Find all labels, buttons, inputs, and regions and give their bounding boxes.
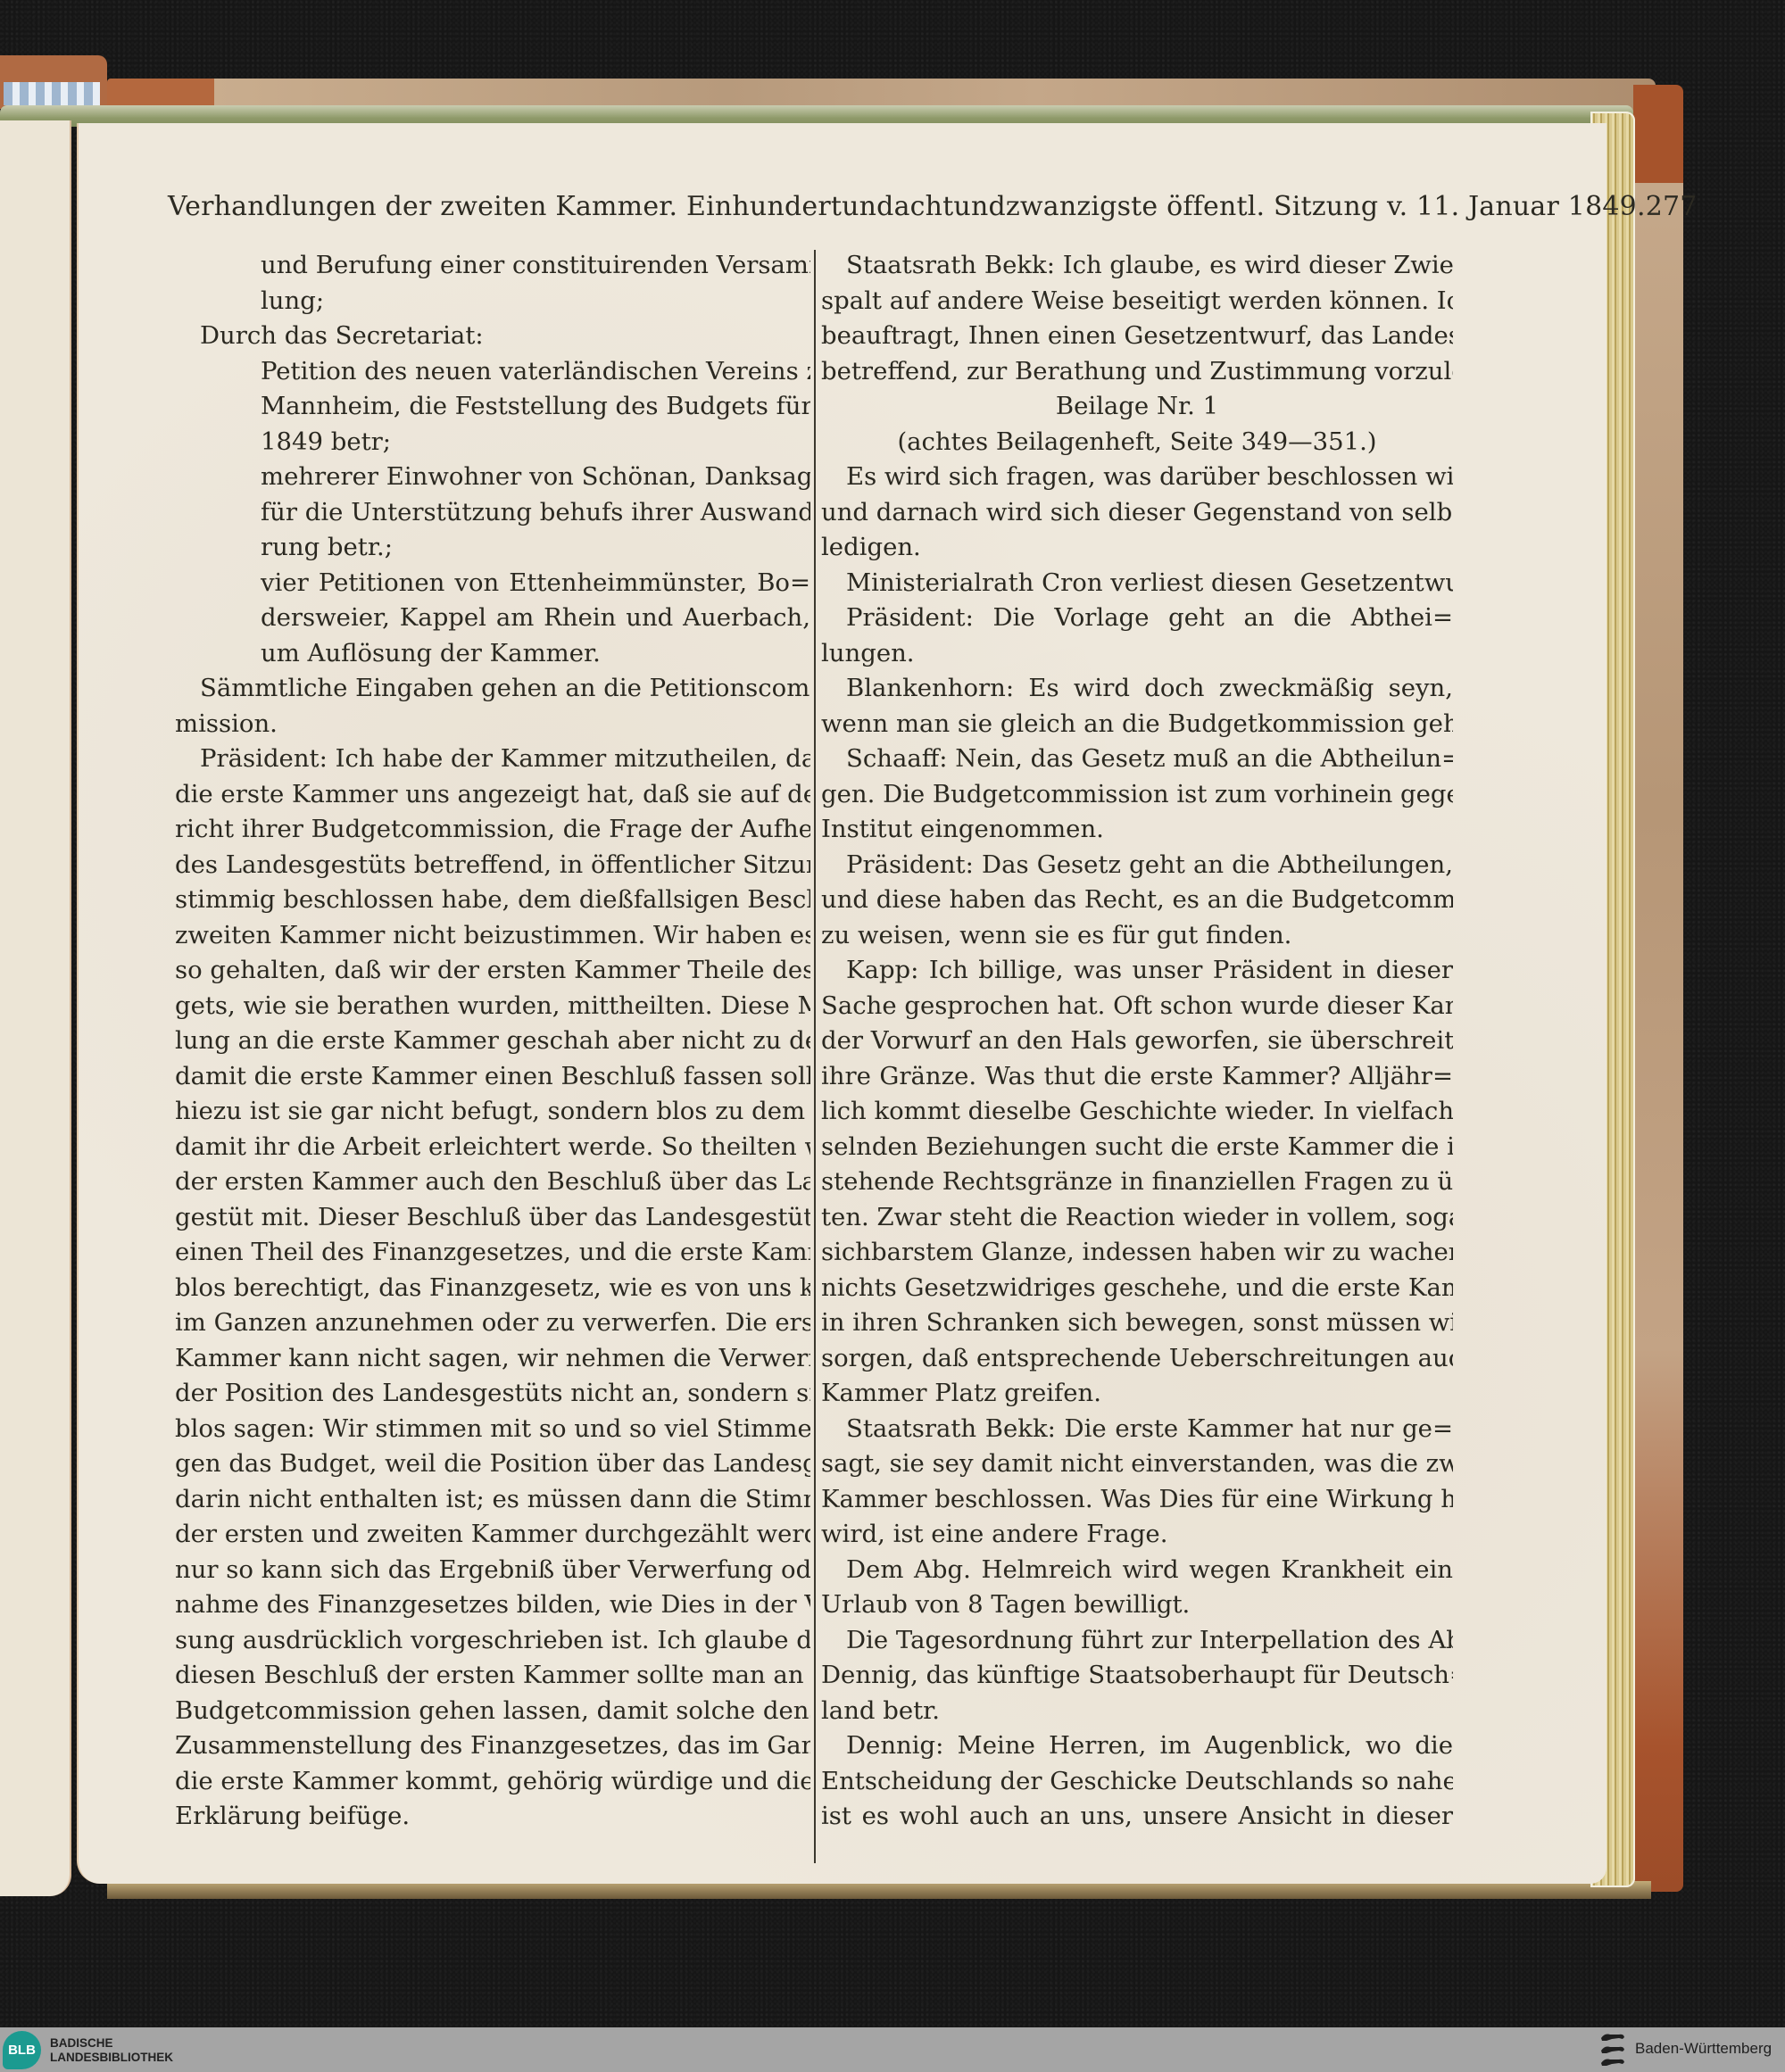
text-line: für die Unterstützung behufs ihrer Auswa… — [175, 495, 810, 531]
text-line: lich kommt dieselbe Geschichte wieder. I… — [821, 1094, 1453, 1130]
text-line: Dem Abg. Helmreich wird wegen Krankheit … — [821, 1553, 1453, 1588]
text-line: Blankenhorn: Es wird doch zweckmäßig sey… — [821, 671, 1453, 707]
text-line: sagt, sie sey damit nicht einverstanden,… — [821, 1446, 1453, 1482]
text-line: die erste Kammer uns angezeigt hat, daß … — [175, 777, 810, 813]
text-line: ledigen. — [821, 530, 1453, 566]
facing-page-edge — [0, 120, 71, 1896]
library-name: BADISCHE LANDESBIBLIOTHEK — [50, 2036, 173, 2065]
text-line: gen das Budget, weil die Position über d… — [175, 1446, 810, 1482]
text-line: damit ihr die Arbeit erleichtert werde. … — [175, 1130, 810, 1165]
text-line: sorgen, daß entsprechende Ueberschreitun… — [821, 1341, 1453, 1377]
text-line: Budgetcommission gehen lassen, damit sol… — [175, 1694, 810, 1729]
bookmark-ribbon — [4, 82, 100, 105]
text-line: Schaaff: Nein, das Gesetz muß an die Abt… — [821, 742, 1453, 777]
text-line: Dennig, das künftige Staatsoberhaupt für… — [821, 1658, 1453, 1694]
text-line: im Ganzen anzunehmen oder zu verwerfen. … — [175, 1305, 810, 1341]
text-line: stimmig beschlossen habe, dem dießfallsi… — [175, 883, 810, 918]
running-head: Verhandlungen der zweiten Kammer. Einhun… — [168, 191, 1453, 222]
text-line: lungen. — [821, 636, 1453, 672]
text-line: der Position des Landesgestüts nicht an,… — [175, 1376, 810, 1412]
text-line: Sämmtliche Eingaben gehen an die Petitio… — [175, 671, 810, 707]
text-line: gets, wie sie berathen wurden, mittheilt… — [175, 989, 810, 1024]
library-name-line1: BADISCHE — [50, 2036, 173, 2051]
text-line: Staatsrath Bekk: Ich glaube, es wird die… — [821, 248, 1453, 284]
text-column-right: Staatsrath Bekk: Ich glaube, es wird die… — [821, 248, 1453, 1835]
text-line: hiezu ist sie gar nicht befugt, sondern … — [175, 1094, 810, 1130]
text-line: diesen Beschluß der ersten Kammer sollte… — [175, 1658, 810, 1694]
text-line: nur so kann sich das Ergebniß über Verwe… — [175, 1553, 810, 1588]
text-line: Präsident: Ich habe der Kammer mitzuthei… — [175, 742, 810, 777]
text-line: Petition des neuen vaterländischen Verei… — [175, 354, 810, 390]
blb-logo-icon[interactable]: BLB — [3, 2031, 41, 2069]
text-line: Mannheim, die Feststellung des Budgets f… — [175, 389, 810, 425]
text-line: gen. Die Budgetcommission ist zum vorhin… — [821, 777, 1453, 813]
library-name-line2: LANDESBIBLIOTHEK — [50, 2051, 173, 2065]
text-line: des Landesgestüts betreffend, in öffentl… — [175, 848, 810, 883]
footer-bar: BLB BADISCHE LANDESBIBLIOTHEK Baden-Würt… — [0, 2027, 1785, 2072]
text-line: sichbarstem Glanze, indessen haben wir z… — [821, 1235, 1453, 1271]
text-line: Kammer beschlossen. Was Dies für eine Wi… — [821, 1482, 1453, 1518]
text-line: wird, ist eine andere Frage. — [821, 1517, 1453, 1553]
text-line: blos sagen: Wir stimmen mit so und so vi… — [175, 1412, 810, 1447]
text-line: so gehalten, daß wir der ersten Kammer T… — [175, 953, 810, 989]
text-line: um Auflösung der Kammer. — [175, 636, 810, 672]
page-number: 277 — [1646, 191, 1698, 222]
text-line: land betr. — [821, 1694, 1453, 1729]
text-line: und darnach wird sich dieser Gegenstand … — [821, 495, 1453, 531]
text-line: dersweier, Kappel am Rhein und Auerbach, — [175, 601, 810, 636]
text-line: Dennig: Meine Herren, im Augenblick, wo … — [821, 1728, 1453, 1764]
text-line: Es wird sich fragen, was darüber beschlo… — [821, 460, 1453, 495]
text-line: ten. Zwar steht die Reaction wieder in v… — [821, 1200, 1453, 1236]
text-line: damit die erste Kammer einen Beschluß fa… — [175, 1059, 810, 1095]
text-line: wenn man sie gleich an die Budgetkommiss… — [821, 707, 1453, 742]
text-line: zu weisen, wenn sie es für gut finden. — [821, 918, 1453, 954]
text-line: einen Theil des Finanzgesetzes, und die … — [175, 1235, 810, 1271]
text-line: ihre Gränze. Was thut die erste Kammer? … — [821, 1059, 1453, 1095]
text-line: Entscheidung der Geschicke Deutschlands … — [821, 1764, 1453, 1800]
text-line: mehrerer Einwohner von Schönan, Danksagu… — [175, 460, 810, 495]
text-line: selnden Beziehungen sucht die erste Kamm… — [821, 1130, 1453, 1165]
text-line: sung ausdrücklich vorgeschrieben ist. Ic… — [175, 1623, 810, 1659]
text-line: zweiten Kammer nicht beizustimmen. Wir h… — [175, 918, 810, 954]
book-cover-right-edge — [1633, 85, 1683, 1892]
text-line: in ihren Schranken sich bewegen, sonst m… — [821, 1305, 1453, 1341]
text-line: der ersten und zweiten Kammer durchgezäh… — [175, 1517, 810, 1553]
page-block-bottom-edge — [107, 1881, 1651, 1899]
text-line: ist es wohl auch an uns, unsere Ansicht … — [821, 1799, 1453, 1835]
text-line: beauftragt, Ihnen einen Gesetzentwurf, d… — [821, 319, 1453, 354]
text-line: Urlaub von 8 Tagen bewilligt. — [821, 1587, 1453, 1623]
text-line: Kammer kann nicht sagen, wir nehmen die … — [175, 1341, 810, 1377]
text-line: Beilage Nr. 1 — [821, 389, 1453, 425]
text-line: Durch das Secretariat: — [175, 319, 810, 354]
text-line: der Vorwurf an den Hals geworfen, sie üb… — [821, 1024, 1453, 1059]
state-name: Baden-Württemberg — [1635, 2040, 1772, 2058]
text-line: Präsident: Das Gesetz geht an die Abthei… — [821, 848, 1453, 883]
column-divider — [814, 250, 816, 1863]
text-line: Ministerialrath Cron verliest diesen Ges… — [821, 566, 1453, 601]
text-line: richt ihrer Budgetcommission, die Frage … — [175, 812, 810, 848]
text-line: Sache gesprochen hat. Oft schon wurde di… — [821, 989, 1453, 1024]
text-line: blos berechtigt, das Finanzgesetz, wie e… — [175, 1271, 810, 1306]
text-line: Institut eingenommen. — [821, 812, 1453, 848]
text-line: 1849 betr; — [175, 425, 810, 460]
text-line: (achtes Beilagenheft, Seite 349—351.) — [821, 425, 1453, 460]
text-line: Kammer Platz greifen. — [821, 1376, 1453, 1412]
running-head-title: Verhandlungen der zweiten Kammer. Einhun… — [168, 191, 1646, 222]
text-line: Erklärung beifüge. — [175, 1799, 810, 1835]
text-line: und diese haben das Recht, es an die Bud… — [821, 883, 1453, 918]
text-line: mission. — [175, 707, 810, 742]
text-column-left: und Berufung einer constituirenden Versa… — [175, 248, 810, 1835]
text-line: lung; — [175, 284, 810, 319]
text-line: Die Tagesordnung führt zur Interpellatio… — [821, 1623, 1453, 1659]
text-line: Kapp: Ich billige, was unser Präsident i… — [821, 953, 1453, 989]
text-line: nichts Gesetzwidriges geschehe, und die … — [821, 1271, 1453, 1306]
text-line: gestüt mit. Dieser Beschluß über das Lan… — [175, 1200, 810, 1236]
blb-logo-text: BLB — [8, 2043, 36, 2058]
text-line: und Berufung einer constituirenden Versa… — [175, 248, 810, 284]
text-line: rung betr.; — [175, 530, 810, 566]
text-line: nahme des Finanzgesetzes bilden, wie Die… — [175, 1587, 810, 1623]
text-line: darin nicht enthalten ist; es müssen dan… — [175, 1482, 810, 1518]
text-line: spalt auf andere Weise beseitigt werden … — [821, 284, 1453, 319]
text-line: betreffend, zur Berathung und Zustimmung… — [821, 354, 1453, 390]
text-line: vier Petitionen von Ettenheimmünster, Bo… — [175, 566, 810, 601]
three-lions-crest-icon — [1599, 2030, 1626, 2069]
text-line: Staatsrath Bekk: Die erste Kammer hat nu… — [821, 1412, 1453, 1447]
text-line: stehende Rechtsgränze in finanziellen Fr… — [821, 1164, 1453, 1200]
text-line: der ersten Kammer auch den Beschluß über… — [175, 1164, 810, 1200]
text-line: Präsident: Die Vorlage geht an die Abthe… — [821, 601, 1453, 636]
text-line: die erste Kammer kommt, gehörig würdige … — [175, 1764, 810, 1800]
text-line: lung an die erste Kammer geschah aber ni… — [175, 1024, 810, 1059]
text-line: Zusammenstellung des Finanzgesetzes, das… — [175, 1728, 810, 1764]
